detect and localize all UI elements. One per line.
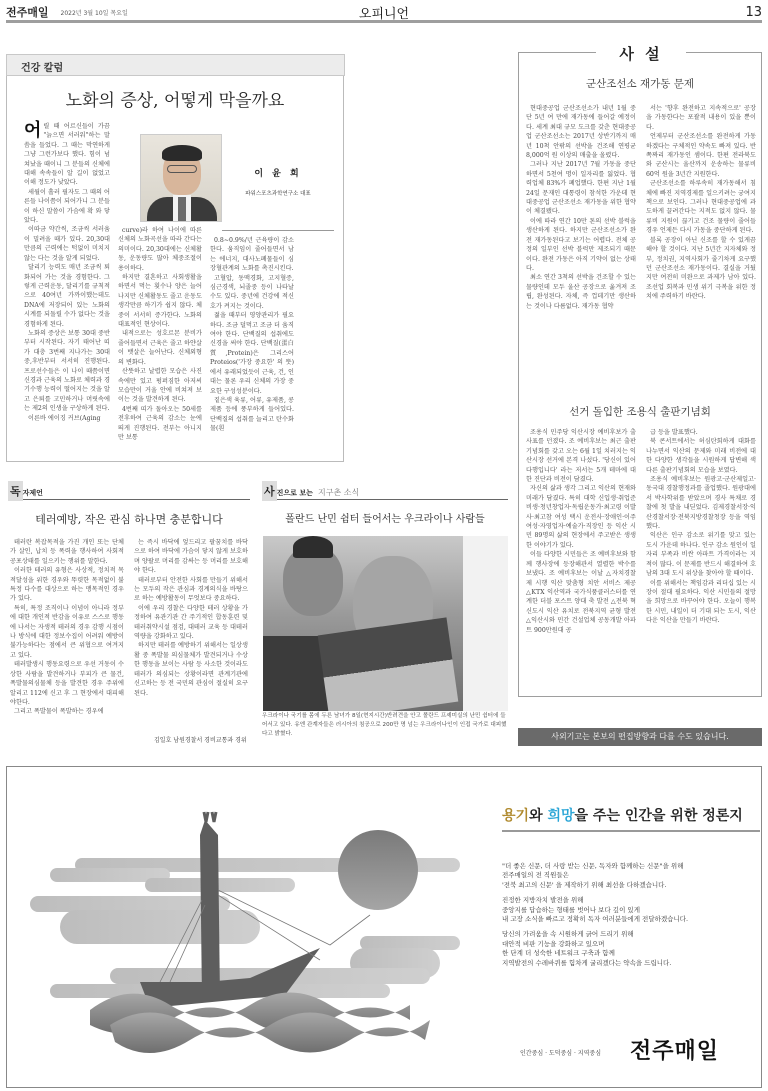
disclaimer-banner: 사외기고는 본보의 편집방향과 다를 수도 있습니다.	[518, 728, 762, 746]
editorial-title-1: 군산조선소 재가동 문제	[518, 76, 762, 91]
reader-proposal-byline: 김일호 남원경찰서 경비교통과 경위	[154, 735, 247, 744]
health-column-title: 노화의 증상, 어떻게 막을까요	[6, 86, 344, 111]
photo-caption: 우크라이나 국기를 몸에 두른 남녀가 8일(현지시간)반려견을 안고 폴란드 …	[262, 712, 508, 739]
photo-news-label-small: 진으로 보는	[277, 489, 313, 497]
issue-date: 2022년 3월 10일 목요일	[61, 8, 128, 17]
reader-proposal-label-big: 독	[8, 481, 23, 501]
author-affiliation: 파워스포츠과학연구소 대표	[222, 189, 334, 197]
masthead-divider	[6, 20, 762, 23]
ad-slogan: 인간중심 · 도덕중심 · 지역중심	[520, 1048, 601, 1057]
dropcap: 어	[24, 122, 41, 140]
photo-news-label-big: 사	[262, 481, 277, 501]
health-column-label: 건강 칼럼	[21, 59, 63, 74]
photo-news-header: 사진으로 보는 지구촌 소식	[262, 480, 508, 500]
reader-proposal-col1: 테러란 복잡목적을 가진 개인 또는 단체가 살인, 납치 등 폭력을 행사하여…	[10, 538, 124, 717]
health-column-header: 건강 칼럼	[6, 54, 345, 76]
author-name: 이 윤 희	[222, 166, 334, 179]
reader-proposal-header: 독자제언	[8, 480, 250, 500]
newspaper-logo: 전주매일	[630, 1034, 719, 1065]
page-number: 13	[745, 5, 762, 20]
ship-illustration	[30, 800, 460, 1060]
editorial-2-col1: 조용식 민주당 익산시장 예비후보가 출사표를 던졌다. 조 예비후보는 최근 …	[526, 428, 636, 635]
editorial-1-col2: 서는 '향후 완전하고 지속적으로' 공장을 가동한다는 포괄적 내용이 있을 …	[646, 104, 756, 302]
editorial-label: 사 설	[596, 43, 686, 63]
reader-proposal-col2: 는 즉시 바닥에 엎드리고 팔꿈치를 바닥으로 하여 바닥에 가슴이 닿지 않게…	[134, 538, 248, 698]
ad-paragraph: 당신의 가려움을 속 시원하게 긁어 드리기 위해 대안적 비판 기능을 강화하…	[502, 930, 762, 968]
author-block: 이 윤 희 파워스포츠과학연구소 대표	[222, 166, 334, 197]
masthead: 전주매일 2022년 3월 10일 목요일 오피니언 13	[6, 2, 762, 22]
health-column-col3: 0.8~0.9%/년 근육량이 감소한다. 움직임이 줄어들면서 남는 에너지,…	[210, 236, 294, 434]
reader-proposal-title: 테러예방, 작은 관심 하나면 충분합니다	[8, 511, 250, 527]
newspaper-brand: 전주매일	[6, 4, 49, 20]
section-title: 오피니언	[359, 3, 409, 22]
ad-headline: 용기와 희망을 주는 인간을 위한 정론지	[502, 805, 743, 825]
ad-paragraph: "더 좋은 신문, 더 사랑 받는 신문, 독자와 함께하는 신문"을 위해 전…	[502, 862, 762, 890]
ad-body: "더 좋은 신문, 더 사랑 받는 신문, 독자와 함께하는 신문"을 위해 전…	[502, 862, 762, 974]
author-divider	[222, 230, 334, 231]
editorial-1-col1: 현대중공업 군산조선소가 내년 1월 중단 5년 여 만에 재가동에 들어갈 예…	[526, 104, 636, 311]
editorial-2-col2: 급 등을 발표했다. 북 콘서트에서는 허심탄회하게 대화를 나누면서 익산의 …	[646, 428, 756, 626]
ad-paragraph: 진정한 지방자치 발전을 위해 중앙지를 답습하는 형태를 벗어나 보다 깊이 …	[502, 896, 762, 924]
flag-shape	[318, 617, 459, 711]
ad-divider	[502, 830, 760, 832]
reader-proposal-label-small: 자제언	[23, 489, 43, 497]
author-photo	[140, 134, 222, 222]
editorial-title-2: 선거 돌입한 조용식 출판기념회	[518, 404, 762, 419]
news-photo	[263, 536, 508, 711]
photo-news-label-grey: 지구촌 소식	[318, 488, 359, 497]
photo-news-title: 폴란드 난민 쉼터 들어서는 우크라이나 사람들	[262, 510, 508, 525]
health-column-intro: 어릴 때 어르신들이 가끔 "늙으면 서러워"하는 말씀을 들었다. 그 때는 …	[24, 122, 110, 423]
health-column-col2: curve)라 하여 나이에 따른 신체의 노화곡선을 따라 간다는 의미이다.…	[118, 226, 202, 442]
